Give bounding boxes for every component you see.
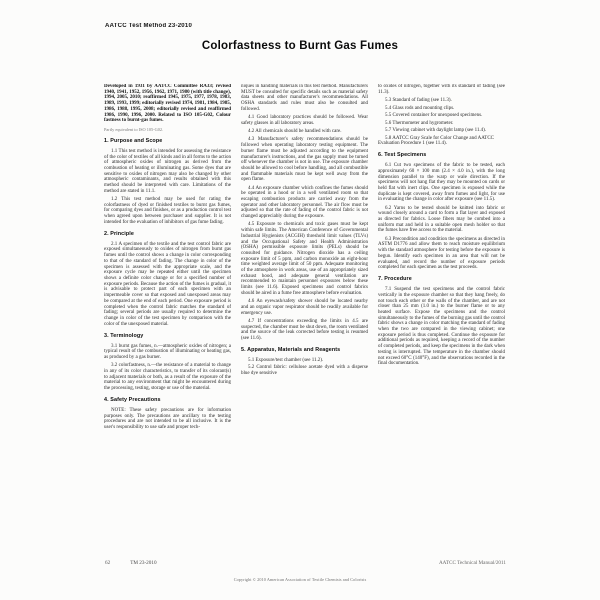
page-content: AATCC Test Method 23-2010 Colorfastness … bbox=[0, 0, 600, 600]
section-heading: 4. Safety Precautions bbox=[104, 398, 231, 404]
paragraph: 1.1 This test method is intended for ass… bbox=[104, 149, 231, 195]
copyright-line: Copyright © 2010 American Association of… bbox=[0, 577, 600, 582]
section-heading: 2. Principle bbox=[104, 232, 231, 238]
list-item: 5.6 Thermometer and hygrometer. bbox=[378, 121, 505, 127]
paragraph: 6.1 Cut two specimens of the fabric to b… bbox=[378, 163, 505, 203]
section-heading: 6. Test Specimens bbox=[378, 153, 505, 159]
list-item: 5.1 Exposure/test chamber (see 11.2). bbox=[241, 358, 368, 364]
section-heading: 7. Procedure bbox=[378, 277, 505, 283]
page-footer: 62TM 23-2010 AATCC Technical Manual/2011 bbox=[105, 560, 506, 566]
paragraph: 4.2 All chemicals should be handled with… bbox=[241, 129, 368, 135]
list-item: 5.5 Covered container for unexposed spec… bbox=[378, 113, 505, 119]
method-number: TM 23-2010 bbox=[130, 560, 156, 566]
document-header: AATCC Test Method 23-2010 bbox=[105, 23, 192, 29]
paragraph: 4.6 An eyewash/safety shower should be l… bbox=[241, 299, 368, 316]
list-item: 5.7 Viewing cabinet with daylight lamp (… bbox=[378, 128, 505, 134]
paragraph: 7.1 Suspend the test specimens and the c… bbox=[378, 287, 505, 367]
paragraph: 6.3 Precondition and condition the speci… bbox=[378, 237, 505, 271]
list-item: 5.3 Standard of fading (see 11.3). bbox=[378, 98, 505, 104]
section-heading: 5. Apparatus, Materials and Reagents bbox=[241, 348, 368, 354]
paragraph: 3.2 colorfastness, n.—the resistance of … bbox=[104, 363, 231, 392]
paragraph: NOTE: These safety precautions are for i… bbox=[104, 408, 231, 431]
paragraph: to oxides of nitrogen, together with its… bbox=[378, 84, 505, 95]
list-item: 5.4 Glass rods and mounting clips. bbox=[378, 106, 505, 112]
history-paragraph: Developed in 1931 by AATCC Committee RA3… bbox=[104, 84, 231, 124]
section-heading: 3. Terminology bbox=[104, 334, 231, 340]
paragraph: 4.1 Good laboratory practices should be … bbox=[241, 115, 368, 126]
paragraph: 6.2 Yarns to be tested should be knitted… bbox=[378, 206, 505, 235]
paragraph: 1.2 This test method may be used for rat… bbox=[104, 197, 231, 226]
paragraph: 5.2 Control fabric: cellulose acetate dy… bbox=[241, 365, 368, 376]
paragraph: 4.5 Exposure to chemicals and toxic gase… bbox=[241, 222, 368, 296]
document-title: Colorfastness to Burnt Gas Fumes bbox=[0, 40, 600, 52]
section-heading: 1. Purpose and Scope bbox=[104, 139, 231, 145]
paragraph: 4.3 Manufacturer's safety recommendation… bbox=[241, 137, 368, 183]
column-1: Developed in 1931 by AATCC Committee RA3… bbox=[104, 84, 231, 558]
footer-left: 62TM 23-2010 bbox=[105, 560, 157, 566]
column-3: to oxides of nitrogen, together with its… bbox=[378, 84, 505, 558]
note-line: Partly equivalent to ISO 105-G02. bbox=[104, 127, 231, 133]
column-2: niques in handling materials in this tes… bbox=[241, 84, 368, 558]
paragraph: niques in handling materials in this tes… bbox=[241, 84, 368, 113]
manual-reference: AATCC Technical Manual/2011 bbox=[439, 560, 506, 566]
paragraph: 2.1 A specimen of the textile and the te… bbox=[104, 242, 231, 328]
text-columns: Developed in 1931 by AATCC Committee RA3… bbox=[104, 84, 506, 558]
list-item: 5.8 AATCC Gray Scale for Color Change an… bbox=[378, 136, 505, 147]
document-page: AATCC Test Method 23-2010 Colorfastness … bbox=[0, 0, 600, 600]
paragraph: 4.4 An exposure chamber which confines t… bbox=[241, 186, 368, 220]
page-number: 62 bbox=[105, 560, 110, 566]
paragraph: 4.7 If concentrations exceeding the limi… bbox=[241, 319, 368, 342]
paragraph: 3.1 burnt gas fumes, n.—atmospheric oxid… bbox=[104, 344, 231, 361]
